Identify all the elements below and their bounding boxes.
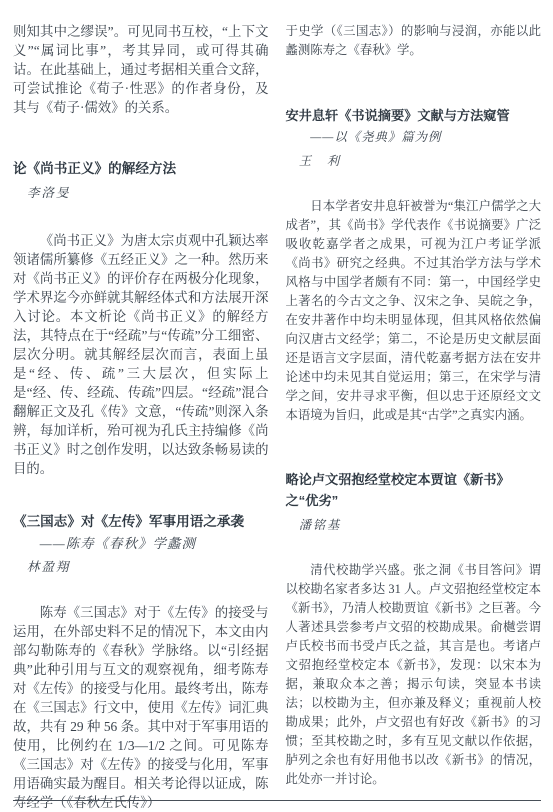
article-abstract: 日本学者安井息轩被誉为“集江户儒学之大成者”，其《尚书》学代表作《书说摘要》广泛… [286,197,542,425]
article-title: 安井息轩《书说摘要》文献与方法窥管 [286,105,542,126]
article-abstract: 清代校勘学兴盛。张之洞《书目答问》谓以校勘名家者多达 31 人。卢文弨抱经堂校定… [286,561,542,789]
continuation-paragraph: 则知其中之缪误”。可见同书互校，“上下文义”“属词比事”，考其异同，或可得其确诂… [13,22,269,117]
article-author: 林盈翔 [13,558,269,577]
article-author: 潘铭基 [286,516,542,535]
article-title: 略论卢文弨抱经堂校定本贾谊《新书》之“优劣” [286,469,542,511]
article-sanguozhi-zuozhuan: 《三国志》对《左传》军事用语之承袭 ——陈寿《春秋》学蠡测 林盈翔 陈寿《三国志… [13,511,269,812]
article-subtitle: ——陈寿《春秋》学蠡测 [13,534,269,553]
footer-rule [13,800,541,801]
article-abstract: 《尚书正义》为唐太宗贞观中孔颖达率领诸儒所纂修《五经正义》之一种。然历来对《尚书… [13,231,269,478]
two-column-layout: 则知其中之缪误”。可见同书互校，“上下文义”“属词比事”，考其异同，或可得其确诂… [13,22,541,812]
left-column: 则知其中之缪误”。可见同书互校，“上下文义”“属词比事”，考其异同，或可得其确诂… [13,22,269,812]
article-lu-wenchao-xinshu: 略论卢文弨抱经堂校定本贾谊《新书》之“优劣” 潘铭基 清代校勘学兴盛。张之洞《书… [286,469,542,789]
article-subtitle: ——以《尧典》篇为例 [286,128,542,147]
article-shangshu-zhengyi: 论《尚书正义》的解经方法 李洛旻 《尚书正义》为唐太宗贞观中孔颖达率领诸儒所纂修… [13,158,269,478]
article-title: 《三国志》对《左传》军事用语之承袭 [13,511,269,532]
article-author: 李洛旻 [13,184,269,203]
article-title: 论《尚书正义》的解经方法 [13,158,269,179]
journal-abstracts-page: 则知其中之缪误”。可见同书互校，“上下文义”“属词比事”，考其异同，或可得其确诂… [0,0,553,812]
continuation-paragraph: 于史学（《三国志》）的影响与浸润，亦能以此蠡测陈寿之《春秋》学。 [286,22,542,60]
right-column: 于史学（《三国志》）的影响与浸润，亦能以此蠡测陈寿之《春秋》学。 安井息轩《书说… [286,22,542,812]
article-yasui-sokken: 安井息轩《书说摘要》文献与方法窥管 ——以《尧典》篇为例 王 利 日本学者安井息… [286,105,542,425]
article-abstract: 陈寿《三国志》对于《左传》的接受与运用，在外部史料不足的情况下，本文由内部勾勒陈… [13,603,269,812]
article-author: 王 利 [286,152,542,171]
